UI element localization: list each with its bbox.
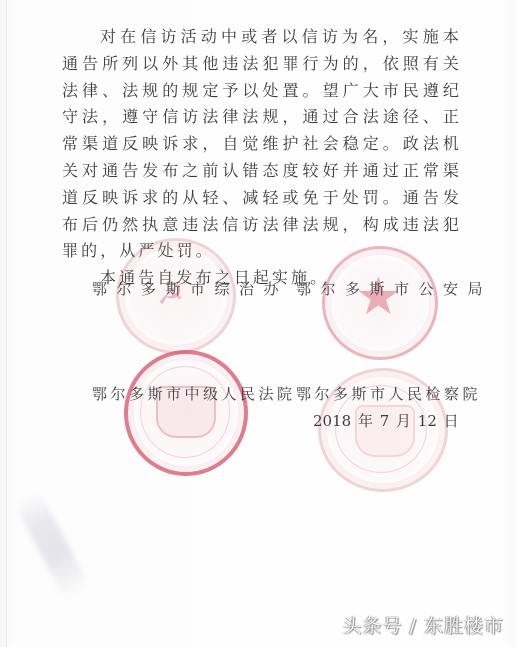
watermark: 头条号 / 东胜楼市 (343, 611, 504, 638)
signatory-zongzhiban: 鄂尔多斯市综治办 (92, 278, 288, 299)
signatory-gonganju: 鄂尔多斯市公安局 (296, 278, 492, 299)
signatory-court: 鄂尔多斯市中级人民法院 (92, 383, 296, 404)
issue-date: 2018 年 7 月 12 日 (313, 410, 459, 431)
paragraph-main: 对在信访活动中或者以信访为名，实施本通告所列以外其他违法犯罪行为的，依照有关法律… (62, 24, 462, 265)
signatory-procuratorate: 鄂尔多斯市人民检察院 (296, 383, 481, 404)
stamp-court (124, 350, 248, 476)
document-page: 对在信访活动中或者以信访为名，实施本通告所列以外其他违法犯罪行为的，依照有关法律… (0, 0, 516, 647)
stamp-gonganju: ★ (322, 246, 438, 360)
scan-smudge (14, 490, 90, 600)
page-edge (6, 0, 7, 647)
